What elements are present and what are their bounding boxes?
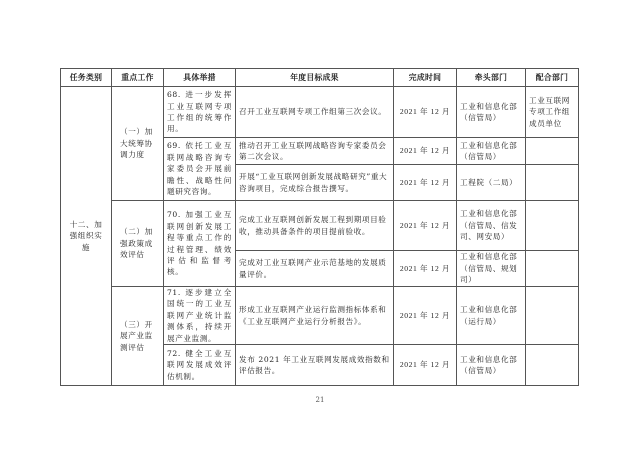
header-key-work: 重点工作: [112, 69, 164, 87]
annual-goal: 完成工业互联网创新发展工程到期项目验收，推动具备条件的项目提前验收。: [236, 201, 394, 251]
header-task-category: 任务类别: [61, 69, 112, 87]
key-work: （三）开展产业监测评估: [112, 287, 164, 386]
support-dept: [526, 138, 579, 165]
table-row: 十二、加强组织实施 （一）加大统筹协调力度 68. 进一步发挥工业互联网专项工作…: [61, 87, 579, 138]
completion-time: 2021 年 12 月: [394, 345, 457, 386]
annual-goal: 开展“工业互联网创新发展战略研究”重大咨询项目，完成综合报告撰写。: [236, 165, 394, 201]
measure: 70. 加强工业互联网创新发展工程等重点工作的过程管理、绩效评估和监督考核。: [164, 201, 236, 287]
annual-goal: 完成对工业互联网产业示范基地的发展质量评价。: [236, 251, 394, 287]
measure: 71. 逐步建立全国统一的工业互联网产业统计监测体系，持续开展产业监测。: [164, 287, 236, 345]
page-number: 21: [0, 396, 640, 404]
table-header-row: 任务类别 重点工作 具体举措 年度目标成果 完成时间 牵头部门 配合部门: [61, 69, 579, 87]
annual-goal: 形成工业互联网产业运行监测指标体系和《工业互联网产业运行分析报告》。: [236, 287, 394, 345]
lead-dept: 工业和信息化部（运行局）: [457, 287, 526, 345]
completion-time: 2021 年 12 月: [394, 251, 457, 287]
key-work: （一）加大统筹协调力度: [112, 87, 164, 201]
header-lead-dept: 牵头部门: [457, 69, 526, 87]
support-dept: [526, 251, 579, 287]
lead-dept: 工业和信息化部（信管局）: [457, 138, 526, 165]
header-support-dept: 配合部门: [526, 69, 579, 87]
lead-dept: 工业和信息化部（信管局、规划司）: [457, 251, 526, 287]
header-completion-time: 完成时间: [394, 69, 457, 87]
completion-time: 2021 年 12 月: [394, 201, 457, 251]
annual-goal: 推动召开工业互联网战略咨询专家委员会第二次会议。: [236, 138, 394, 165]
lead-dept: 工业和信息化部（信管局）: [457, 87, 526, 138]
table-row: （三）开展产业监测评估 71. 逐步建立全国统一的工业互联网产业统计监测体系，持…: [61, 287, 579, 345]
task-table: 任务类别 重点工作 具体举措 年度目标成果 完成时间 牵头部门 配合部门 十二、…: [60, 68, 579, 386]
measure: 72. 健全工业互联网发展成效评估机制。: [164, 345, 236, 386]
annual-goal: 发布 2021 年工业互联网发展成效指数和评估报告。: [236, 345, 394, 386]
support-dept: [526, 201, 579, 251]
completion-time: 2021 年 12 月: [394, 165, 457, 201]
header-measures: 具体举措: [164, 69, 236, 87]
completion-time: 2021 年 12 月: [394, 287, 457, 345]
support-dept: [526, 165, 579, 201]
lead-dept: 工业和信息化部（信管局、信发司、网安局）: [457, 201, 526, 251]
annual-goal: 召开工业互联网专项工作组第三次会议。: [236, 87, 394, 138]
lead-dept: 工业和信息化部（信管局）: [457, 345, 526, 386]
completion-time: 2021 年 12 月: [394, 138, 457, 165]
support-dept: 工业互联网专项工作组成员单位: [526, 87, 579, 138]
support-dept: [526, 345, 579, 386]
header-annual-goal: 年度目标成果: [236, 69, 394, 87]
lead-dept: 工程院（二局）: [457, 165, 526, 201]
task-category: 十二、加强组织实施: [61, 87, 112, 386]
key-work: （二）加强政策成效评估: [112, 201, 164, 287]
measure: 69. 依托工业互联网战略咨询专家委员会开展前瞻性、战略性问题研究咨询。: [164, 138, 236, 201]
completion-time: 2021 年 12 月: [394, 87, 457, 138]
table-row: （二）加强政策成效评估 70. 加强工业互联网创新发展工程等重点工作的过程管理、…: [61, 201, 579, 251]
support-dept: [526, 287, 579, 345]
measure: 68. 进一步发挥工业互联网专项工作组的统筹作用。: [164, 87, 236, 138]
